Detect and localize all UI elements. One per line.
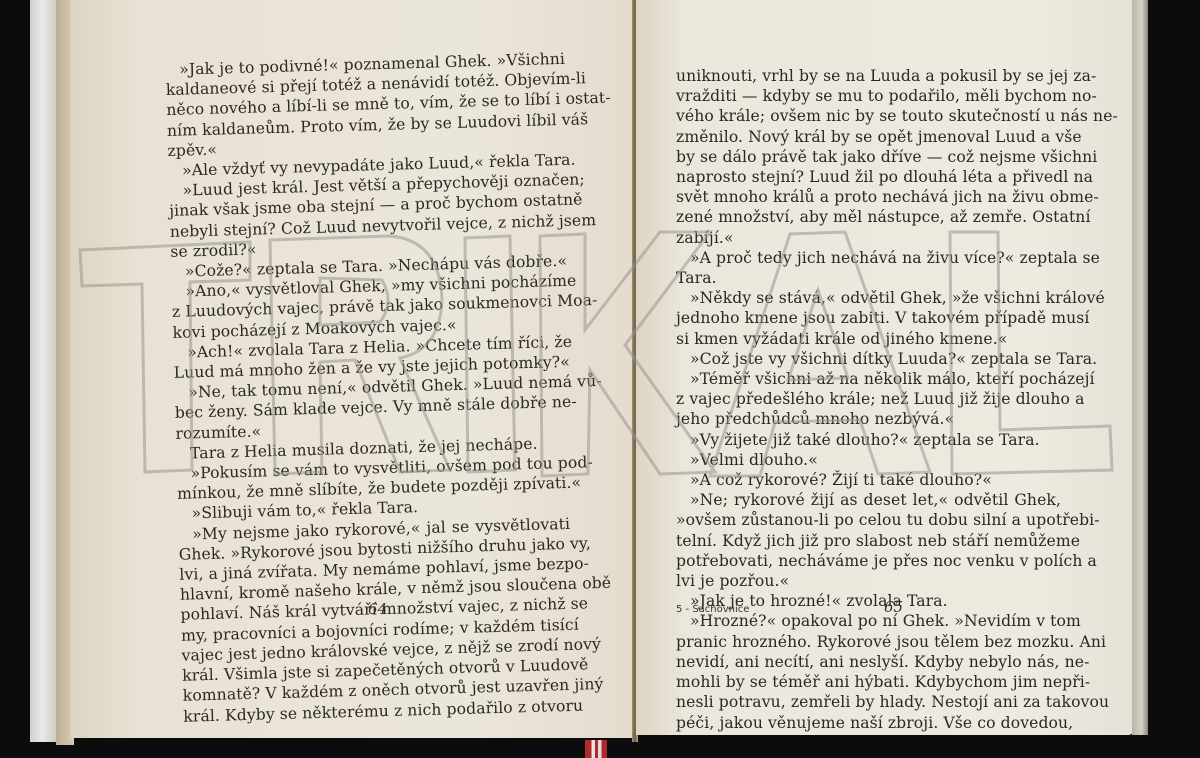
page-stack-edge-right <box>1132 0 1148 735</box>
text-line: by se dálo právě tak jako dříve — což ne… <box>676 147 1061 167</box>
text-line: z vajec předešlého krále; než Luud již ž… <box>676 389 1061 409</box>
text-line: naprosto stejní? Luud žil po dlouhá léta… <box>676 167 1061 187</box>
text-line: změnilo. Nový král by se opět jmenoval L… <box>676 127 1061 147</box>
left-page: »Jak je to podivné!« poznamenal Ghek. »V… <box>70 0 638 738</box>
text-line: nevidí, ani necítí, ani neslyší. Kdyby n… <box>676 652 1061 672</box>
text-line: Tara. <box>676 268 1061 288</box>
left-page-number: 64 <box>368 600 387 618</box>
text-line: mohli by se téměř ani hýbati. Kdybychom … <box>676 672 1061 692</box>
text-line: »A což rykorové? Žijí ti také dlouho?« <box>676 470 1061 490</box>
text-line: péči, jakou věnujeme naší zbroji. Vše co… <box>676 713 1061 733</box>
text-line: »A proč tedy jich nechává na živu více?«… <box>676 248 1061 268</box>
text-line: »Téměř všichni až na několik málo, kteří… <box>676 369 1061 389</box>
text-line: zené množství, aby měl nástupce, až zemř… <box>676 207 1061 227</box>
text-line: potřebovati, necháváme je přes noc venku… <box>676 551 1061 571</box>
text-line: jednoho kmene jsou zabiti. V takovém pří… <box>676 308 1061 328</box>
text-line: svět mnoho králů a proto nechává jich na… <box>676 187 1061 207</box>
text-line: »Což jste vy všichni dítky Luuda?« zepta… <box>676 349 1061 369</box>
text-line: pranic hrozného. Rykorové jsou tělem bez… <box>676 632 1061 652</box>
right-page-number: 65 <box>884 598 903 616</box>
text-line: telní. Když jich již pro slabost neb stá… <box>676 531 1061 551</box>
text-line: »Někdy se stává,« odvětil Ghek, »že všic… <box>676 288 1061 308</box>
text-line: jeho předchůdců mnoho nezbývá.« <box>676 409 1061 429</box>
text-line: lvi je pozřou.« <box>676 571 1061 591</box>
right-page-text: uniknouti, vrhl by se na Luuda a pokusil… <box>676 66 1061 733</box>
text-line: nesli potravu, zemřeli by hlady. Nestojí… <box>676 692 1061 712</box>
signature-mark: 5 - Šachovnice <box>676 604 749 615</box>
text-line: uniknouti, vrhl by se na Luuda a pokusil… <box>676 66 1061 86</box>
right-page: uniknouti, vrhl by se na Luuda a pokusil… <box>636 0 1134 735</box>
text-line: »Vy žijete již také dlouho?« zeptala se … <box>676 430 1061 450</box>
text-line: »Ne; rykorové žijí as deset let,« odvěti… <box>676 490 1061 510</box>
text-line: vého krále; ovšem nic by se touto skuteč… <box>676 106 1061 126</box>
bookmark-ribbon <box>585 740 607 758</box>
text-line: »Velmi dlouho.« <box>676 450 1061 470</box>
text-line: vražditi — kdyby se mu to podařilo, měli… <box>676 86 1061 106</box>
text-line: si kmen vyžádati krále od jiného kmene.« <box>676 329 1061 349</box>
left-page-text: »Jak je to podivné!« poznamenal Ghek. »V… <box>165 49 575 726</box>
text-line: »ovšem zůstanou-li po celou tu dobu siln… <box>676 510 1061 530</box>
text-line: zabíjí.« <box>676 228 1061 248</box>
